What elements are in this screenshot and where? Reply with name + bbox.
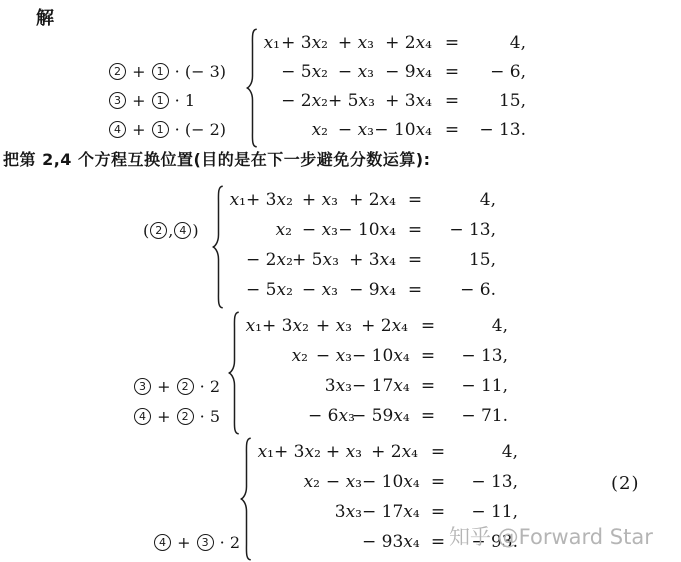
rhs-value: 4, (458, 442, 518, 462)
lhs-term: − 6x₃ (308, 406, 352, 426)
rhs-value: 4, (434, 190, 496, 210)
lhs-term: − x₃ (292, 220, 338, 240)
operation-text: · (− 2) (170, 120, 226, 139)
operation-text: + (127, 120, 151, 139)
operation-text: · 2 (215, 533, 240, 552)
lhs-term: − 9x₄ (338, 280, 396, 300)
operation-text: + (127, 91, 151, 110)
lhs-term: − 5x₂ (280, 62, 328, 82)
equation-row: x₂− x₃− 10x₄=− 13, (224, 215, 496, 245)
rhs-value: 4, (448, 316, 508, 336)
circled-number: 4 (134, 408, 151, 425)
circled-number: 1 (152, 121, 169, 138)
lhs-term: + 2x₄ (352, 316, 408, 336)
equation-system-2: x₁+ 3x₂+ x₃+ 2x₄=4,x₂− x₃− 10x₄=− 13,− 2… (0, 185, 681, 307)
lhs-term: + 3x₂ (246, 190, 292, 210)
lhs-term: − 2x₂ (280, 91, 328, 111)
lhs-term: − 10x₄ (338, 220, 396, 240)
operation-text: · 2 (195, 377, 220, 396)
rhs-value: − 71. (448, 406, 508, 426)
operation-text: , (168, 221, 173, 240)
equation-row: − 2x₂+ 5x₃+ 3x₄=15, (224, 245, 496, 275)
lhs-term: + 3x₂ (262, 316, 308, 336)
lhs-term: − 17x₄ (362, 502, 418, 522)
row-operation: 3 + 2 · 2 (133, 371, 220, 401)
equals-sign: = (408, 406, 448, 426)
rhs-value: 15, (434, 250, 496, 270)
lhs-term: − x₃ (328, 120, 374, 140)
rhs-value: − 13. (472, 120, 526, 140)
rhs-value: − 13, (448, 346, 508, 366)
equation-row: x₁+ 3x₂+ x₃+ 2x₄=4, (240, 311, 508, 341)
equals-sign: = (408, 316, 448, 336)
equation-row: x₂− x₃− 10x₄=− 13, (252, 467, 518, 497)
lhs-term: x₂ (274, 472, 320, 492)
lhs-term: − 10x₄ (352, 346, 408, 366)
equation-row: x₁+ 3x₂+ x₃+ 2x₄=4, (258, 28, 526, 57)
lhs-term: + 2x₄ (338, 190, 396, 210)
lhs-term: + 2x₄ (362, 442, 418, 462)
equals-sign: = (408, 376, 448, 396)
interchange-instruction: 把第 2,4 个方程互换位置(目的是在下一步避免分数运算): (3, 147, 431, 170)
operation-text: + (152, 377, 176, 396)
equation-row: x₁+ 3x₂+ x₃+ 2x₄=4, (224, 185, 496, 215)
equation-row: − 2x₂+ 5x₃+ 3x₄=15, (258, 86, 526, 115)
circled-number: 1 (152, 63, 169, 80)
lhs-term: + 3x₂ (280, 33, 328, 53)
lhs-term: − 10x₄ (362, 472, 418, 492)
lhs-term: x₂ (280, 120, 328, 140)
equation-row: − 5x₂− x₃− 9x₄=− 6. (224, 275, 496, 305)
lhs-term: − 9x₄ (374, 62, 432, 82)
circled-number: 2 (177, 378, 194, 395)
lhs-term: − x₃ (320, 472, 362, 492)
operation-text: ) (192, 221, 198, 240)
rhs-value: − 11, (448, 376, 508, 396)
lhs-term: + 5x₃ (292, 250, 338, 270)
equation-row: 3x₃− 17x₄=− 11, (240, 371, 508, 401)
equation-row: x₂− x₃− 10x₄=− 13, (240, 341, 508, 371)
lhs-term: − 2x₂ (246, 250, 292, 270)
rhs-value: 4, (472, 33, 526, 53)
lhs-term: − x₃ (328, 62, 374, 82)
equals-sign: = (418, 502, 458, 522)
equation-row: − 5x₂− x₃− 9x₄=− 6, (258, 57, 526, 86)
lhs-term: − 59x₄ (352, 406, 408, 426)
equals-sign: = (418, 472, 458, 492)
rhs-value: − 11, (458, 502, 518, 522)
lhs-term: x₂ (246, 220, 292, 240)
equation-number-label: (2) (611, 473, 640, 494)
rhs-value: 15, (472, 91, 526, 111)
circled-number: 4 (154, 534, 171, 551)
lhs-term: + x₃ (308, 316, 352, 336)
circled-number: 4 (174, 222, 191, 239)
equals-sign: = (432, 120, 472, 140)
operation-text: · (− 3) (170, 62, 226, 81)
lhs-term: + 3x₄ (338, 250, 396, 270)
equals-sign: = (432, 33, 472, 53)
row-operation: 3 + 1 · 1 (108, 86, 195, 115)
lhs-term: + x₃ (328, 33, 374, 53)
equals-sign: = (396, 250, 434, 270)
circled-number: 2 (109, 63, 126, 80)
operation-text: + (127, 62, 151, 81)
circled-number: 3 (134, 378, 151, 395)
lhs-term: − 93x₄ (362, 532, 418, 552)
circled-number: 4 (109, 121, 126, 138)
lhs-term: + 3x₄ (374, 91, 432, 111)
lhs-term: x₁ (224, 190, 246, 210)
equals-sign: = (408, 346, 448, 366)
equation-system-3: x₁+ 3x₂+ x₃+ 2x₄=4,x₂− x₃− 10x₄=− 13,3x₃… (0, 311, 681, 433)
row-operation: (2,4) (143, 215, 199, 245)
circled-number: 2 (150, 222, 167, 239)
lhs-term: + x₃ (320, 442, 362, 462)
lhs-term: x₁ (258, 33, 280, 53)
row-operation: 2 + 1 · (− 3) (108, 57, 226, 86)
equation-row: − 6x₃− 59x₄=− 71. (240, 401, 508, 431)
lhs-term: + 3x₂ (274, 442, 320, 462)
lhs-term: 3x₃ (320, 502, 362, 522)
equation-system-1: x₁+ 3x₂+ x₃+ 2x₄=4,− 5x₂− x₃− 9x₄=− 6,− … (0, 28, 681, 146)
equals-sign: = (396, 190, 434, 210)
circled-number: 2 (177, 408, 194, 425)
operation-text: + (172, 533, 196, 552)
equals-sign: = (432, 91, 472, 111)
lhs-term: − 10x₄ (374, 120, 432, 140)
equation-row: x₂− x₃− 10x₄=− 13. (258, 115, 526, 144)
operation-text: + (152, 407, 176, 426)
lhs-term: x₁ (240, 316, 262, 336)
lhs-term: + 2x₄ (374, 33, 432, 53)
lhs-term: − x₃ (308, 346, 352, 366)
circled-number: 3 (197, 534, 214, 551)
row-operation: 4 + 2 · 5 (133, 401, 220, 431)
lhs-term: x₁ (252, 442, 274, 462)
operation-text: · 1 (170, 91, 195, 110)
operation-text: ( (143, 221, 149, 240)
lhs-term: x₂ (262, 346, 308, 366)
rhs-value: − 13, (458, 472, 518, 492)
watermark: 知乎 @Forward Star (449, 521, 653, 551)
lhs-term: − 5x₂ (246, 280, 292, 300)
equals-sign: = (418, 442, 458, 462)
equals-sign: = (396, 280, 434, 300)
lhs-term: − x₃ (292, 280, 338, 300)
lhs-term: + 5x₃ (328, 91, 374, 111)
solve-label: 解 (36, 4, 54, 30)
scanned-textbook-page: 解 x₁+ 3x₂+ x₃+ 2x₄=4,− 5x₂− x₃− 9x₄=− 6,… (0, 0, 681, 562)
operation-text: · 5 (195, 407, 220, 426)
equals-sign: = (396, 220, 434, 240)
circled-number: 3 (109, 92, 126, 109)
rhs-value: − 6. (434, 280, 496, 300)
lhs-term: − 17x₄ (352, 376, 408, 396)
lhs-term: + x₃ (292, 190, 338, 210)
equation-row: x₁+ 3x₂+ x₃+ 2x₄=4, (252, 437, 518, 467)
circled-number: 1 (152, 92, 169, 109)
rhs-value: − 13, (434, 220, 496, 240)
row-operation: 4 + 1 · (− 2) (108, 115, 226, 144)
row-operation: 4 + 3 · 2 (153, 527, 240, 557)
lhs-term: 3x₃ (308, 376, 352, 396)
equals-sign: = (432, 62, 472, 82)
rhs-value: − 6, (472, 62, 526, 82)
